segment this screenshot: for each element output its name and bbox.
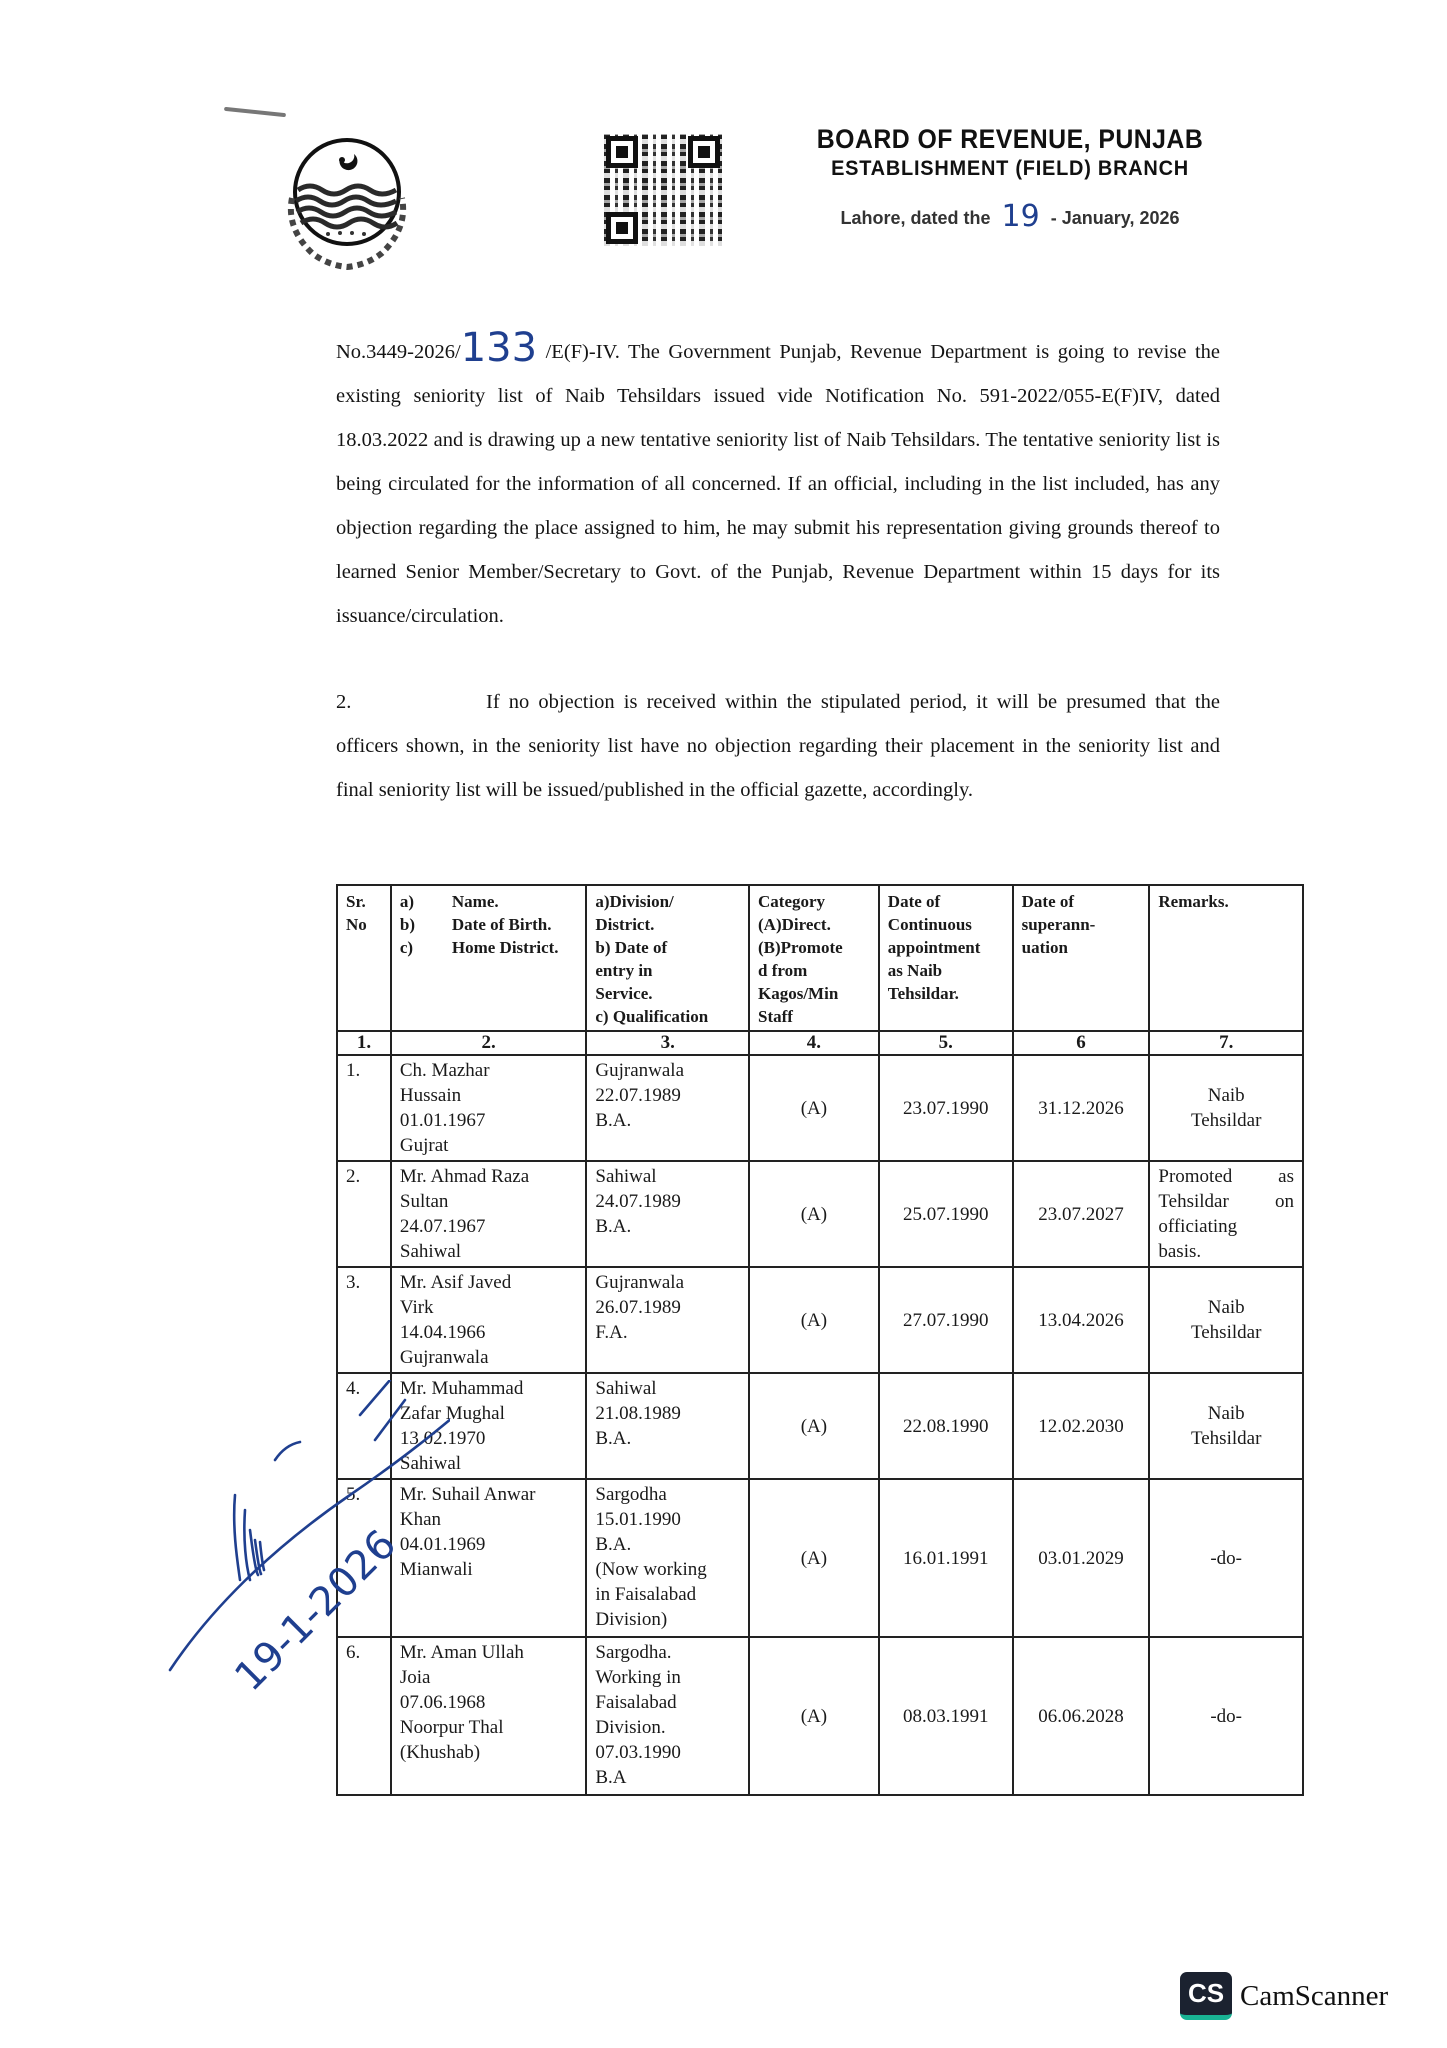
table-row: 6.Mr. Aman UllahJoia07.06.1968Noorpur Th… [337, 1637, 1303, 1795]
appointment-date-cell: 22.08.1990 [879, 1373, 1013, 1479]
table-row: 4.Mr. MuhammadZafar Mughal13.02.1970Sahi… [337, 1373, 1303, 1479]
header-remarks: Remarks. [1149, 885, 1303, 1031]
division-cell: Sahiwal24.07.1989B.A. [586, 1161, 749, 1267]
division-cell: Sahiwal21.08.1989B.A. [586, 1373, 749, 1479]
table-header-row: Sr.No a)Name.b)Date of Birth.c)Home Dist… [337, 885, 1303, 1031]
category-cell: (A) [749, 1161, 879, 1267]
sr-cell: 5. [337, 1479, 391, 1637]
remarks-cell: NaibTehsildar [1149, 1373, 1303, 1479]
table-row: 3.Mr. Asif JavedVirk14.04.1966Gujranwala… [337, 1267, 1303, 1373]
branch-name: ESTABLISHMENT (FIELD) BRANCH [801, 157, 1219, 181]
table-row: 2.Mr. Ahmad RazaSultan24.07.1967SahiwalS… [337, 1161, 1303, 1267]
sr-cell: 3. [337, 1267, 391, 1373]
seniority-table: Sr.No a)Name.b)Date of Birth.c)Home Dist… [336, 884, 1304, 1796]
appointment-date-cell: 16.01.1991 [879, 1479, 1013, 1637]
superannuation-date-cell: 03.01.2029 [1013, 1479, 1150, 1637]
category-cell: (A) [749, 1479, 879, 1637]
appointment-date-cell: 23.07.1990 [879, 1055, 1013, 1161]
sr-cell: 6. [337, 1637, 391, 1795]
sr-cell: 1. [337, 1055, 391, 1161]
header-sr-no: Sr.No [337, 885, 391, 1031]
appointment-date-cell: 27.07.1990 [879, 1267, 1013, 1373]
appointment-date-cell: 25.07.1990 [879, 1161, 1013, 1267]
table-row: 5.Mr. Suhail AnwarKhan04.01.1969Mianwali… [337, 1479, 1303, 1637]
header-category: Category(A)Direct.(B)Promoted fromKagos/… [749, 885, 879, 1031]
division-cell: Sargodha.Working inFaisalabadDivision.07… [586, 1637, 749, 1795]
name-cell: Mr. MuhammadZafar Mughal13.02.1970Sahiwa… [391, 1373, 587, 1479]
name-cell: Mr. Suhail AnwarKhan04.01.1969Mianwali [391, 1479, 587, 1637]
superannuation-date-cell: 31.12.2026 [1013, 1055, 1150, 1161]
category-cell: (A) [749, 1373, 879, 1479]
header-superannuation: Date ofsuperann-uation [1013, 885, 1150, 1031]
superannuation-date-cell: 12.02.2030 [1013, 1373, 1150, 1479]
remarks-cell: -do- [1149, 1479, 1303, 1637]
handwritten-day: 19 [1002, 199, 1040, 234]
camscanner-watermark: CS CamScanner [1180, 1972, 1388, 2020]
category-cell: (A) [749, 1267, 879, 1373]
name-cell: Mr. Aman UllahJoia07.06.1968Noorpur Thal… [391, 1637, 587, 1795]
letterhead: BOARD OF REVENUE, PUNJAB ESTABLISHMENT (… [790, 124, 1230, 234]
name-cell: Mr. Asif JavedVirk14.04.1966Gujranwala [391, 1267, 587, 1373]
column-number-row: 1. 2. 3. 4. 5. 6 7. [337, 1031, 1303, 1055]
superannuation-date-cell: 06.06.2028 [1013, 1637, 1150, 1795]
punjab-government-emblem-icon [282, 130, 412, 280]
paragraph-1: No.3449-2026/133 /E(F)-IV. The Governmen… [336, 330, 1220, 638]
header-appointment: Date ofContinuousappointmentas NaibTehsi… [879, 885, 1013, 1031]
qr-code-icon [604, 134, 722, 246]
superannuation-date-cell: 23.07.2027 [1013, 1161, 1150, 1267]
division-cell: Gujranwala22.07.1989B.A. [586, 1055, 749, 1161]
sr-cell: 2. [337, 1161, 391, 1267]
remarks-cell: NaibTehsildar [1149, 1055, 1303, 1161]
header-name: a)Name.b)Date of Birth.c)Home District. [391, 885, 587, 1031]
pen-mark [224, 107, 286, 117]
division-cell: Gujranwala26.07.1989F.A. [586, 1267, 749, 1373]
dated-line: Lahore, dated the 19 - January, 2026 [790, 199, 1230, 234]
camscanner-logo-icon: CS [1180, 1972, 1232, 2020]
remarks-cell: NaibTehsildar [1149, 1267, 1303, 1373]
remarks-cell: -do- [1149, 1637, 1303, 1795]
paragraph-number: 2. [336, 680, 486, 724]
paragraph-2: 2.If no objection is received within the… [336, 680, 1220, 812]
org-name: BOARD OF REVENUE, PUNJAB [808, 124, 1213, 155]
sr-cell: 4. [337, 1373, 391, 1479]
table-row: 1.Ch. MazharHussain01.01.1967GujratGujra… [337, 1055, 1303, 1161]
category-cell: (A) [749, 1055, 879, 1161]
category-cell: (A) [749, 1637, 879, 1795]
superannuation-date-cell: 13.04.2026 [1013, 1267, 1150, 1373]
division-cell: Sargodha15.01.1990B.A.(Now workingin Fai… [586, 1479, 749, 1637]
handwritten-number: 133 [461, 325, 537, 371]
name-cell: Ch. MazharHussain01.01.1967Gujrat [391, 1055, 587, 1161]
appointment-date-cell: 08.03.1991 [879, 1637, 1013, 1795]
remarks-cell: Promoted asTehsildar onofficiatingbasis. [1149, 1161, 1303, 1267]
camscanner-label: CamScanner [1240, 1980, 1388, 2013]
header-division: a)Division/District.b) Date ofentry inSe… [586, 885, 749, 1031]
name-cell: Mr. Ahmad RazaSultan24.07.1967Sahiwal [391, 1161, 587, 1267]
